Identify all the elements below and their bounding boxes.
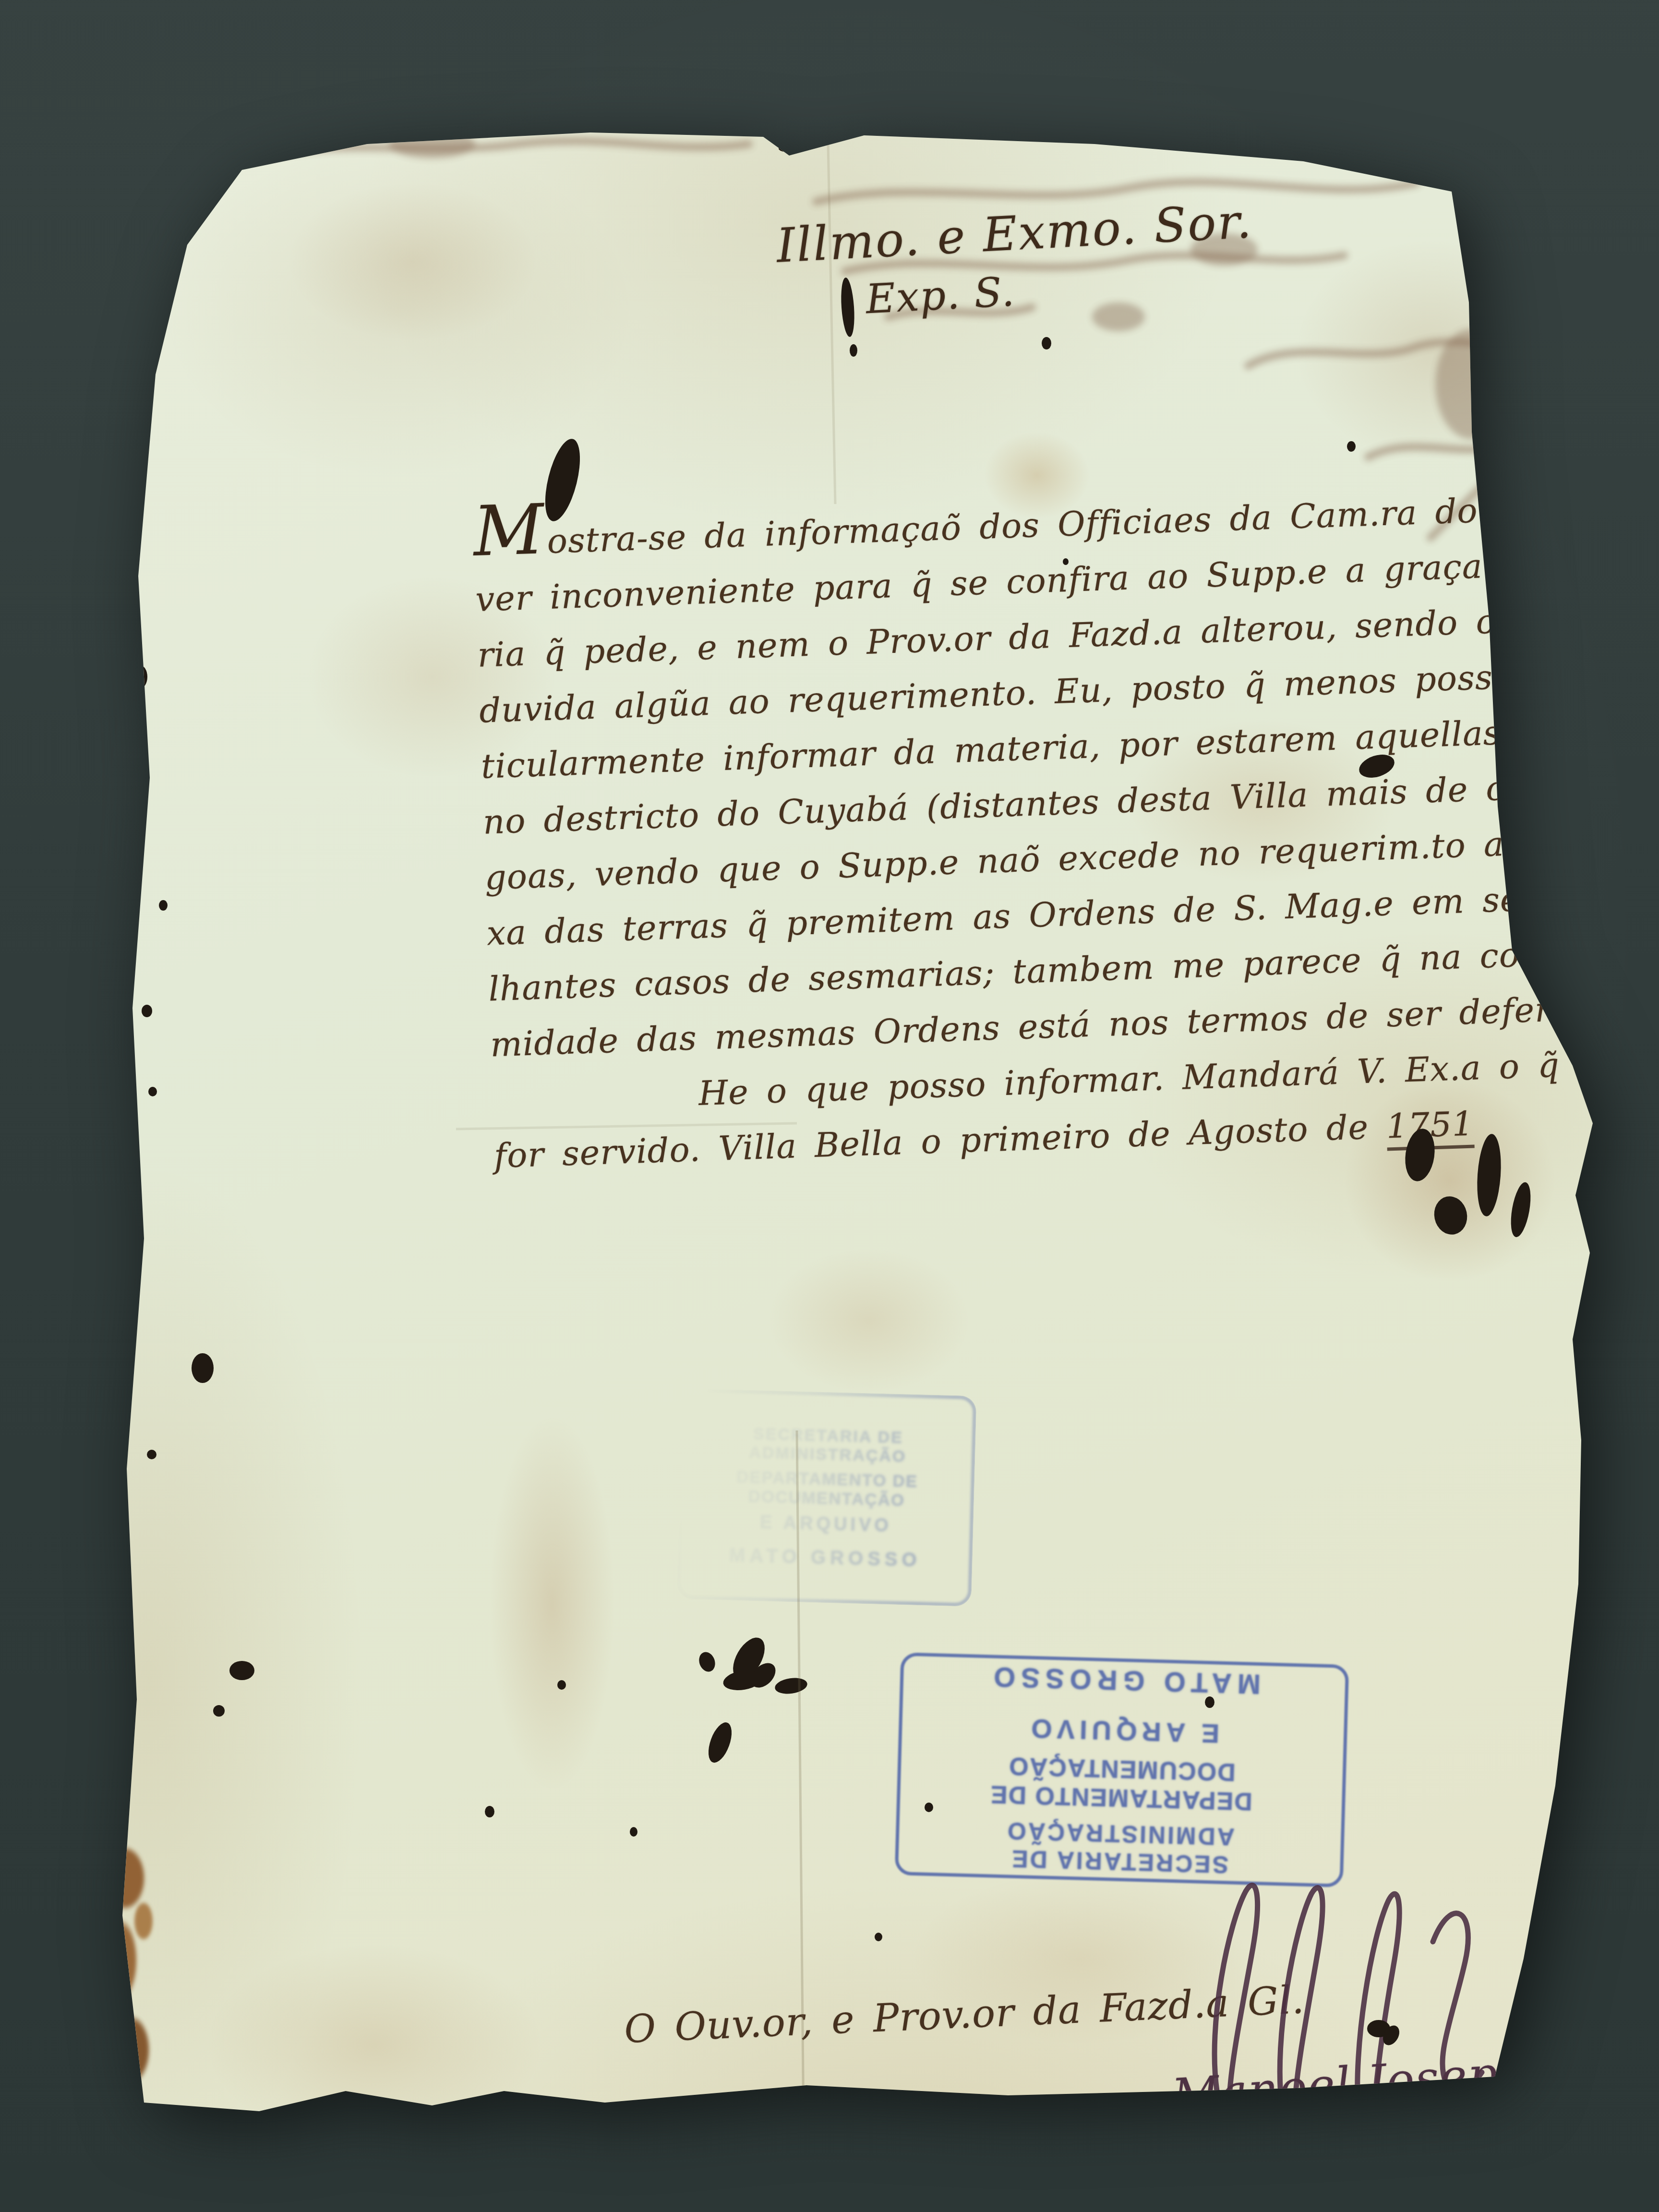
foxing-stain (288, 182, 538, 341)
manuscript-paper: Illmo. e Exmo. Sor. Exp. S. Mostra-se da… (0, 0, 1659, 2212)
archive-stamp-faint: SECRETARIA DE ADMINISTRAÇÃO DEPARTAMENTO… (676, 1388, 976, 1607)
letter-body: Mostra-se da informaçaõ dos Officiaes da… (473, 481, 1549, 1128)
stamp-line: MATO GROSSO (729, 1544, 921, 1571)
foxing-stain (1296, 240, 1565, 461)
signature-flourish (1183, 1865, 1510, 2134)
photo-of-manuscript: Illmo. e Exmo. Sor. Exp. S. Mostra-se da… (0, 0, 1659, 2212)
stamp-line: DEPARTAMENTO DE DOCUMENTAÇÃO (900, 1748, 1343, 1818)
letter-text-block: Mostra-se da informaçaõ dos Officiaes da… (473, 481, 1551, 1184)
stamp-line: DEPARTAMENTO DE DOCUMENTAÇÃO (683, 1466, 972, 1512)
stamp-line: E ARQUIVO (760, 1512, 892, 1536)
stamp-line: E ARQUIVO (1026, 1713, 1220, 1749)
letter-salutation: Illmo. e Exmo. Sor. Exp. S. (775, 194, 1257, 327)
archive-stamp: SECRETARIA DE ADMINISTRAÇÃO DEPARTAMENTO… (895, 1652, 1349, 1887)
foxing-stain (768, 1248, 970, 1392)
signature-rubric (1542, 2029, 1659, 2093)
foxing-stain (490, 1416, 614, 1791)
foxing-stain (206, 1944, 542, 2146)
rust-stain (103, 1842, 170, 2200)
stamp-line: SECRETARIA DE ADMINISTRAÇÃO (684, 1423, 973, 1468)
paper-shadow: Illmo. e Exmo. Sor. Exp. S. Mostra-se da… (0, 0, 1659, 2212)
stamp-line: MATO GROSSO (987, 1660, 1261, 1700)
dateline-year: 1751 (1386, 1104, 1475, 1151)
